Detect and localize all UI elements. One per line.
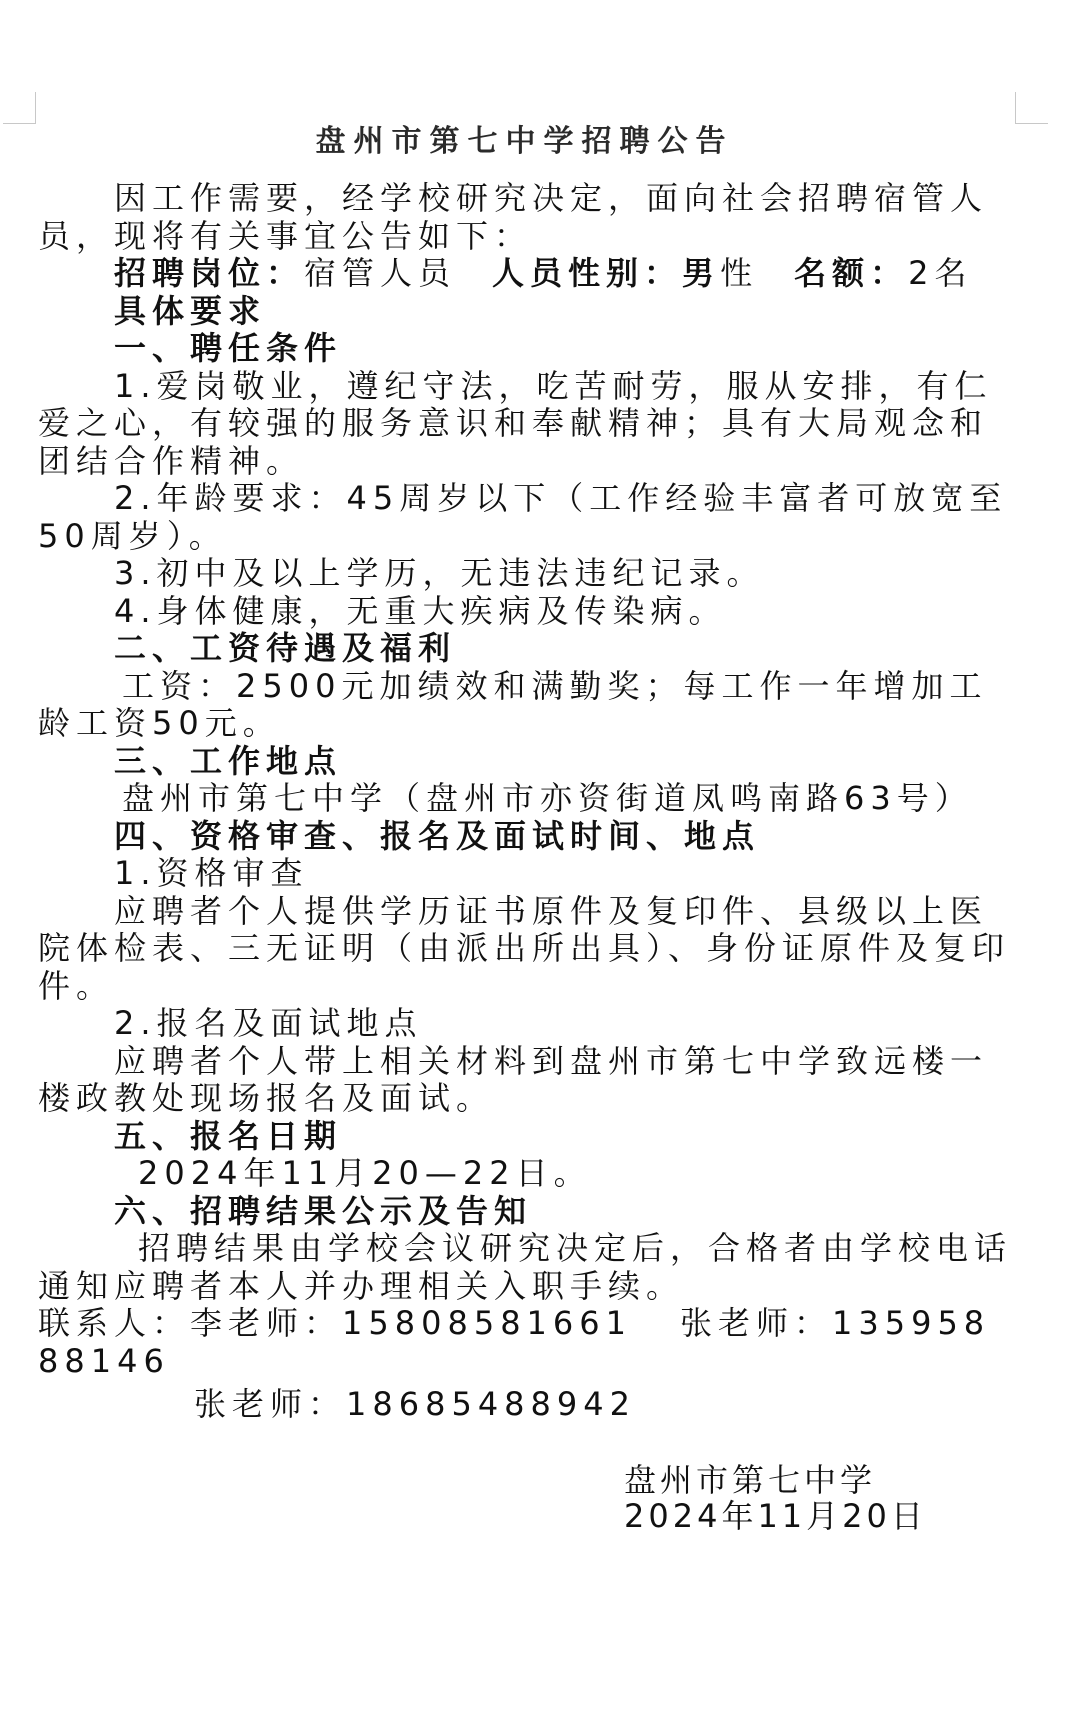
requirements-heading: 具体要求 [38,293,1013,331]
position-value: 宿管人员 [304,254,456,292]
quota-label: 名额： [794,254,908,292]
contact-3-name: 张老师： [194,1385,346,1423]
section-4-sub1-text: 应聘者个人提供学历证书原件及复印件、县级以上医院体检表、三无证明（由派出所出具）… [38,893,1013,1006]
section-6-heading: 六、招聘结果公示及告知 [38,1193,1013,1231]
section-2-heading-text: 二、工资待遇及福利 [114,629,456,667]
section-3-heading: 三、工作地点 [38,743,1013,781]
section-4-sub2-title: 2.报名及面试地点 [38,1005,1013,1043]
signature-org: 盘州市第七中学 [624,1462,927,1498]
section-4-heading-text: 四、资格审查、报名及面试时间、地点 [114,817,760,855]
position-label: 招聘岗位： [114,254,304,292]
section-2-text: 工资：2500元加绩效和满勤奖；每工作一年增加工龄工资50元。 [38,668,1013,743]
section-1-item: 1.爱岗敬业，遵纪守法，吃苦耐劳，服从安排，有仁爱之心，有较强的服务意识和奉献精… [38,368,1013,481]
section-4-sub2-text: 应聘者个人带上相关材料到盘州市第七中学致远楼一楼政教处现场报名及面试。 [38,1043,1013,1118]
quota-value: 2名 [908,254,972,292]
section-1-heading-text: 一、聘任条件 [114,329,342,367]
section-4-sub1-title: 1.资格审查 [38,855,1013,893]
section-1-heading: 一、聘任条件 [38,330,1013,368]
section-5-heading-text: 五、报名日期 [114,1117,342,1155]
section-3-heading-text: 三、工作地点 [114,742,342,780]
section-5-heading: 五、报名日期 [38,1118,1013,1156]
section-1-item: 3.初中及以上学历，无违法违纪记录。 [38,555,1013,593]
gender-label: 人员性别： [492,254,682,292]
document-body: 因工作需要，经学校研究决定，面向社会招聘宿管人员，现将有关事宜公告如下： 招聘岗… [38,180,1013,1424]
position-line: 招聘岗位：宿管人员人员性别：男性名额：2名 [38,255,1013,293]
contact-3-phone: 18685488942 [346,1385,636,1423]
intro-paragraph: 因工作需要，经学校研究决定，面向社会招聘宿管人员，现将有关事宜公告如下： [38,180,1013,255]
section-2-heading: 二、工资待遇及福利 [38,630,1013,668]
section-3-text: 盘州市第七中学（盘州市亦资街道凤鸣南路63号） [38,780,1013,818]
requirements-heading-text: 具体要求 [114,292,266,330]
contact-1-phone: 15808581661 [342,1304,632,1342]
contacts-line-2: 张老师：18685488942 [38,1386,1013,1424]
signature-date: 2024年11月20日 [624,1498,927,1534]
section-6-text: 招聘结果由学校会议研究决定后，合格者由学校电话通知应聘者本人并办理相关入职手续。 [38,1230,1013,1305]
document-title: 盘州市第七中学招聘公告 [0,116,1049,160]
contact-1-name: 李老师： [190,1304,342,1342]
signature-block: 盘州市第七中学 2024年11月20日 [624,1462,927,1534]
gender-value-bold: 男 [682,254,720,292]
gender-value-rest: 性 [720,254,758,292]
contacts-label: 联系人： [38,1304,190,1342]
section-1-item: 4.身体健康，无重大疾病及传染病。 [38,593,1013,631]
section-1-item: 2.年龄要求：45周岁以下（工作经验丰富者可放宽至50周岁）。 [38,480,1013,555]
contacts-line: 联系人：李老师：15808581661张老师：13595888146 [38,1305,1013,1380]
section-5-text: 2024年11月20—22日。 [38,1155,1013,1193]
contact-2-name: 张老师： [680,1304,832,1342]
section-4-heading: 四、资格审查、报名及面试时间、地点 [38,818,1013,856]
section-6-heading-text: 六、招聘结果公示及告知 [114,1192,532,1230]
